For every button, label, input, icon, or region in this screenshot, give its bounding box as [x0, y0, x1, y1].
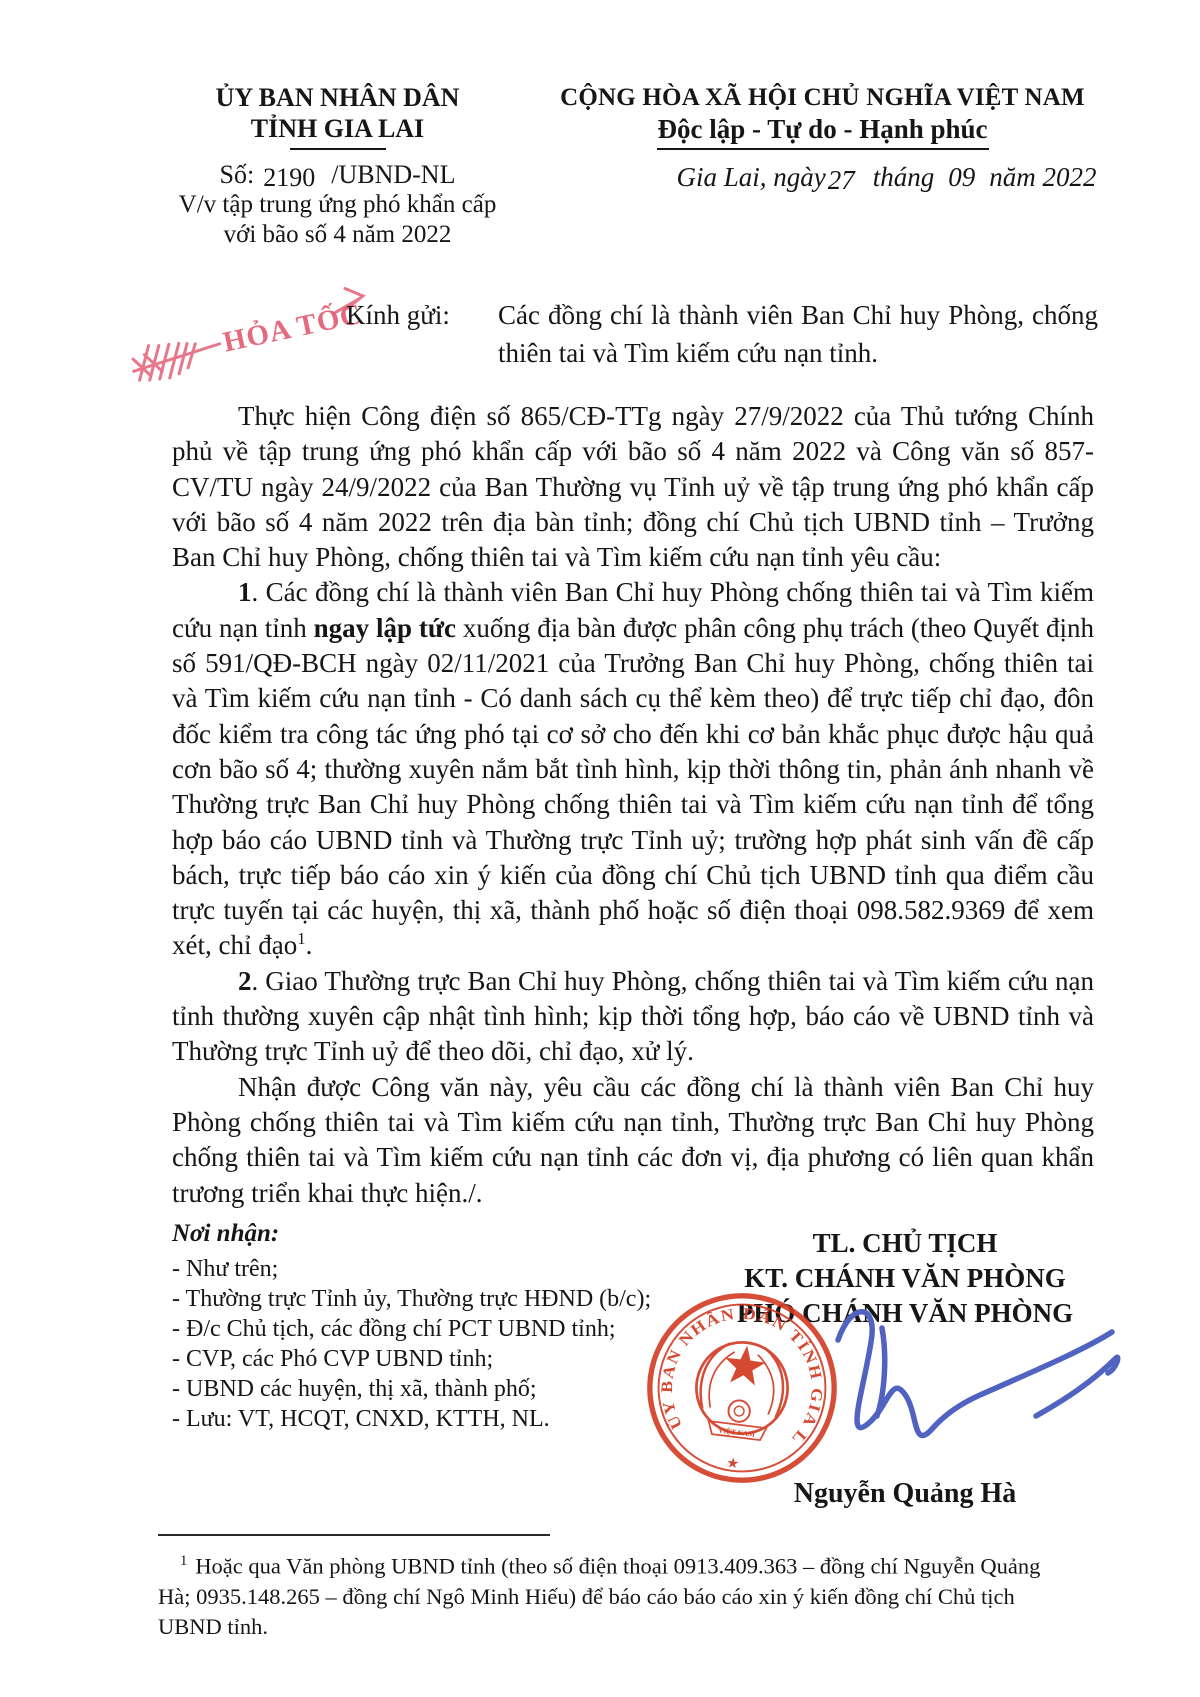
national-motto: Độc lập - Tự do - Hạnh phúc: [540, 113, 1105, 145]
footnote-separator: [158, 1534, 550, 1536]
org-name-line1: ỦY BAN NHÂN DÂN: [150, 82, 525, 113]
org-name-line2: TỈNH GIA LAI: [150, 113, 525, 144]
item1-number: 1: [238, 577, 252, 607]
item2-number: 2: [238, 966, 252, 996]
national-motto-block: CỘNG HÒA XÃ HỘI CHỦ NGHĨA VIỆT NAM Độc l…: [540, 82, 1105, 193]
footnote-text: 1Hoặc qua Văn phòng UBND tỉnh (theo số đ…: [158, 1546, 1063, 1642]
place-date-line: Gia Lai, ngày27tháng09năm 2022: [604, 162, 1169, 193]
so-number: 2190: [263, 163, 315, 193]
footnote-reference: 1: [297, 929, 305, 948]
footnote-content: Hoặc qua Văn phòng UBND tỉnh (theo số đi…: [158, 1554, 1040, 1639]
signature-icon: [786, 1294, 1122, 1476]
paragraph-closing: Nhận được Công văn này, yêu cầu các đồng…: [172, 1070, 1094, 1211]
org-underline: [290, 148, 386, 150]
paragraph-intro: Thực hiện Công điện số 865/CĐ-TTg ngày 2…: [172, 399, 1094, 575]
document-page: ỦY BAN NHÂN DÂN TỈNH GIA LAI Số:2190/UBN…: [0, 0, 1200, 1697]
seal-bottom-star: ★: [725, 1455, 740, 1472]
national-title: CỘNG HÒA XÃ HỘI CHỦ NGHĨA VIỆT NAM: [540, 82, 1105, 113]
date-month: 09: [948, 162, 975, 192]
paragraph-item1: 1. Các đồng chí là thành viên Ban Chỉ hu…: [172, 575, 1094, 963]
so-suffix: /UBND-NL: [331, 160, 455, 189]
seal-star-icon: [722, 1343, 767, 1386]
recipient-item: - CVP, các Phó CVP UBND tỉnh;: [172, 1344, 712, 1374]
date-prefix: Gia Lai, ngày: [676, 162, 825, 192]
item1-bold-phrase: ngay lập tức: [314, 613, 456, 643]
salutation: Kính gửi: Các đồng chí là thành viên Ban…: [346, 296, 1098, 372]
footnote-block: 1Hoặc qua Văn phòng UBND tỉnh (theo số đ…: [158, 1534, 1063, 1642]
date-year: 2022: [1043, 162, 1097, 192]
document-body: Thực hiện Công điện số 865/CĐ-TTg ngày 2…: [172, 399, 1094, 1211]
so-label: Số:: [220, 160, 255, 189]
footnote-marker: 1: [180, 1553, 187, 1569]
date-word-nam: năm: [989, 162, 1036, 192]
paragraph-item2: 2. Giao Thường trực Ban Chỉ huy Phòng, c…: [172, 964, 1094, 1070]
salutation-label: Kính gửi:: [346, 296, 498, 372]
recipient-item: - UBND các huyện, thị xã, thành phố;: [172, 1374, 712, 1404]
issuing-org-block: ỦY BAN NHÂN DÂN TỈNH GIA LAI Số:2190/UBN…: [150, 82, 525, 250]
signer-name: Nguyễn Quảng Hà: [630, 1478, 1180, 1510]
salutation-recipients: Các đồng chí là thành viên Ban Chỉ huy P…: [498, 296, 1098, 372]
recipient-item: - Lưu: VT, HCQT, CNXD, KTTH, NL.: [172, 1404, 712, 1434]
item1-period: .: [306, 930, 313, 960]
document-number-line: Số:2190/UBND-NL: [150, 160, 525, 190]
urgent-stamp-label: HỎA TỐC: [220, 296, 365, 359]
date-day: 27: [828, 165, 855, 196]
subject-line2: với bão số 4 năm 2022: [150, 220, 525, 250]
item2-text: . Giao Thường trực Ban Chỉ huy Phòng, ch…: [172, 966, 1094, 1067]
signature-authority-line1: TL. CHỦ TỊCH: [630, 1226, 1180, 1261]
motto-underline: [657, 148, 989, 150]
handwritten-signature: [786, 1294, 1122, 1476]
item1-text-post: xuống địa bàn được phân công phụ trách (…: [172, 613, 1094, 961]
date-word-thang: tháng: [873, 162, 935, 192]
subject-line1: V/v tập trung ứng phó khẩn cấp: [150, 190, 525, 220]
